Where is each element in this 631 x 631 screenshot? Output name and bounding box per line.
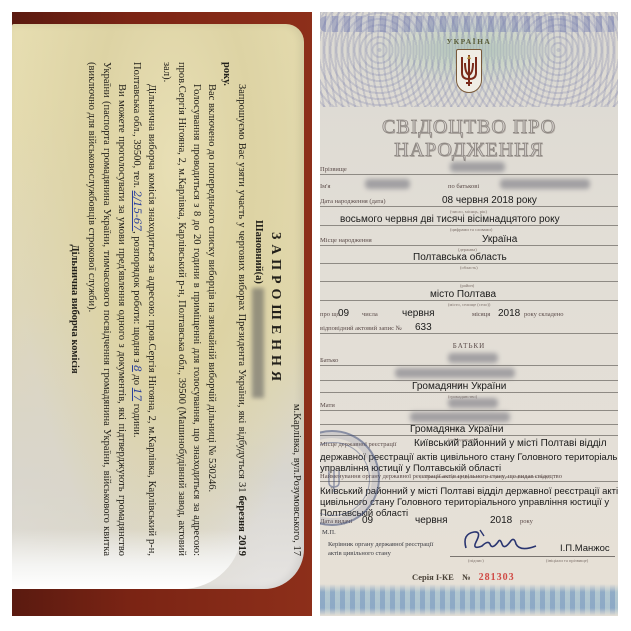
label-patronymic: по батькові — [448, 183, 479, 190]
salutation-text: Шановний(а) — [253, 220, 264, 284]
label-record-day: про що — [320, 311, 340, 318]
label-birth-place: Місце народження — [320, 237, 372, 244]
signer-name: І.П.Манжос — [560, 543, 610, 554]
parents-heading: БАТЬКИ — [320, 342, 618, 350]
issue-day-value: 09 — [362, 515, 373, 526]
field-birth-country: Місце народження Україна — [320, 232, 618, 246]
label-name: Ім'я — [320, 183, 330, 190]
handwritten-hours-to: 17 — [131, 388, 143, 401]
field-birth-region: Полтавська область — [320, 250, 618, 264]
father-citizenship-value: Громадянин України — [412, 381, 506, 392]
label-record-day-suffix: числа — [362, 311, 378, 318]
field-surname: Прізвище — [320, 161, 618, 175]
field-mother: Мати — [320, 397, 618, 411]
redacted-father-surname — [448, 353, 498, 363]
label-record-year-suffix: року складено — [524, 311, 564, 318]
birth-certificate: УКРАЇНА СВІДОЦТВО ПРО НАРОДЖЕННЯ Прізвищ… — [320, 12, 618, 616]
label-father: Батько — [320, 357, 338, 364]
field-father: Батько — [320, 352, 618, 366]
issue-year-value: 2018 — [490, 515, 512, 526]
certificate-title: СВІДОЦТВО ПРО НАРОДЖЕННЯ — [320, 116, 618, 162]
label-record-month-suffix: місяця — [472, 311, 490, 318]
sub-signature: (підпис) — [468, 558, 484, 563]
registration-office-line1: Київський районний у місті Полтаві відді… — [414, 438, 607, 449]
label-record-number: відповідний актовий запис № — [320, 325, 402, 332]
signature-mark — [460, 526, 540, 556]
sub-signer: (ініціали та прізвище) — [546, 558, 588, 563]
trident-icon — [456, 49, 482, 93]
birth-date-words-value: восьмого червня дві тисячі вісімнадцятог… — [340, 214, 560, 225]
guilloche-ornament-bottom — [320, 576, 618, 616]
field-birth-date: Дата народження (дата) 08 червня 2018 ро… — [320, 193, 618, 207]
paragraph-text: години. — [131, 404, 142, 438]
label-surname: Прізвище — [320, 166, 347, 173]
record-day-value: 09 — [338, 308, 349, 319]
invitation-text-block: м.Карлівка, вул.Розумовського, 17 ЗАПРОШ… — [26, 54, 308, 564]
birth-city-value: місто Полтава — [430, 289, 496, 300]
invitation-paragraph-3: Голосування проводиться з 8 до 20 години… — [159, 62, 204, 556]
invitation-paragraph-5: Ви можете проголосувати за умови пред'яв… — [84, 62, 129, 556]
field-name: Ім'я по батькові — [320, 177, 618, 191]
paragraph-text: , розпорядок роботи: щодня з — [131, 231, 142, 362]
handwritten-hours-from: 8 — [131, 365, 143, 372]
redacted-patronymic — [500, 179, 590, 189]
invitation-signature: Дільнична виборча комісія — [67, 62, 82, 556]
invitation-paragraph-2: Вас включено до попереднього списку вибо… — [204, 62, 219, 556]
record-number-value: 633 — [415, 322, 432, 333]
field-father-citizenship: Громадянин України — [320, 379, 618, 393]
field-issue-date: Дата видачі 09 червня 2018 року — [320, 512, 618, 526]
birth-region-value: Полтавська область — [413, 252, 507, 263]
label-issue-year-suffix: року — [520, 518, 533, 525]
field-record-number: відповідний актовий запис № 633 — [320, 320, 618, 334]
birth-date-value: 08 червня 2018 року — [442, 195, 537, 206]
invitation-salutation: Шановний(а) — [251, 62, 266, 556]
redacted-name-field — [365, 179, 410, 189]
certificate-country: УКРАЇНА — [320, 37, 618, 46]
record-year-value: 2018 — [498, 308, 520, 319]
record-month-value: червня — [402, 308, 435, 319]
mother-citizenship-value: Громадянка України — [410, 424, 503, 435]
field-record-date: про що 09 числа червня місяця 2018 року … — [320, 305, 618, 319]
redacted-name — [252, 288, 264, 398]
registrar-label: Керівник органу державної реєстрації акт… — [328, 540, 448, 558]
redacted-surname — [450, 162, 505, 172]
invitation-paragraph-1: Запрошуємо Вас узяти участь у чергових в… — [219, 62, 249, 556]
signature-line — [450, 556, 615, 557]
label-mother: Мати — [320, 402, 335, 409]
field-birth-city: місто Полтава — [320, 287, 618, 301]
label-birth-date: Дата народження (дата) — [320, 198, 386, 205]
redacted-mother-name — [410, 412, 510, 422]
paragraph-text: до — [131, 374, 142, 385]
invitation-paragraph-4: Дільнична виборча комісія знаходиться за… — [129, 62, 159, 556]
paragraph-text: Запрошуємо Вас узяти участь у чергових в… — [236, 84, 247, 492]
seal-place-label: М.П. — [322, 529, 336, 536]
invitation-title: ЗАПРОШЕННЯ — [268, 62, 283, 556]
field-mother-citizenship: Громадянка України — [320, 422, 618, 436]
handwritten-phone: 2/15-67 — [131, 191, 143, 232]
issue-month-value: червня — [415, 515, 448, 526]
birth-country-value: Україна — [482, 234, 517, 245]
redacted-father-name — [395, 368, 515, 378]
field-birth-date-words: восьмого червня дві тисячі вісімнадцятог… — [320, 212, 618, 226]
redacted-mother-surname — [448, 398, 498, 408]
invitation-photo: м.Карлівка, вул.Розумовського, 17 ЗАПРОШ… — [12, 12, 312, 616]
field-birth-district — [320, 268, 618, 282]
invitation-address: м.Карлівка, вул.Розумовського, 17 — [289, 62, 304, 556]
